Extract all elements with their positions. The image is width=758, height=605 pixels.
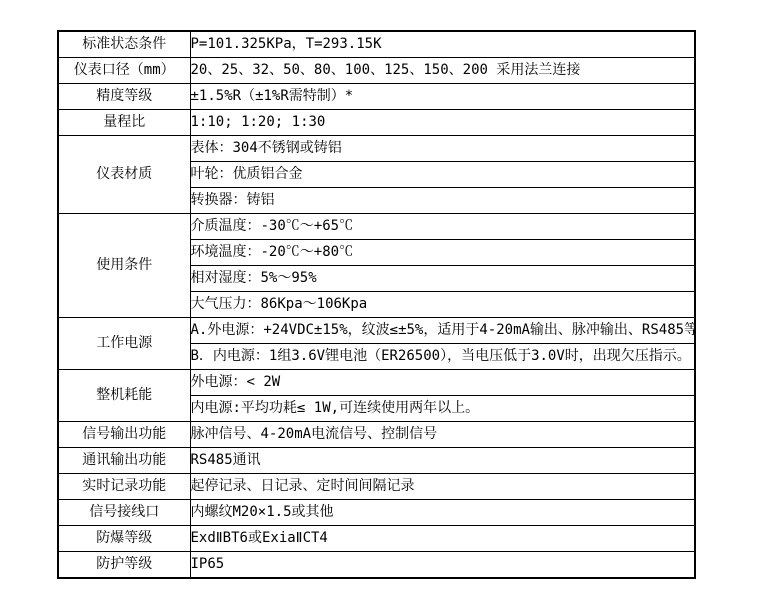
row-label-signal-connection-port: 信号接线口	[58, 500, 190, 526]
table-row: 精度等级 ±1.5%R（±1%R需特制）*	[58, 84, 695, 110]
row-value-medium-temperature: 介质温度：-30℃～+65℃	[190, 214, 695, 240]
row-value-meter-material-impeller: 叶轮：优质铝合金	[190, 162, 695, 188]
row-label-realtime-record: 实时记录功能	[58, 474, 190, 500]
row-value-internal-power: B．内电源：1组3.6V锂电池（ER26500），当电压低于3.0V时，出现欠压…	[190, 344, 695, 370]
row-value-external-consumption: 外电源：< 2W	[190, 370, 695, 396]
row-label-signal-output: 信号输出功能	[58, 422, 190, 448]
row-value-explosion-proof-rating: ExdⅡBT6或ExiaⅡCT4	[190, 526, 695, 552]
table-row: 信号输出功能 脉冲信号、4-20mA电流信号、控制信号	[58, 422, 695, 448]
row-label-communication-output: 通讯输出功能	[58, 448, 190, 474]
row-value-standard-state-conditions: P=101.325KPa，T=293.15K	[190, 31, 695, 58]
row-value-meter-material-body: 表体：304不锈钢或铸铝	[190, 136, 695, 162]
row-value-protection-rating: IP65	[190, 552, 695, 579]
table-row: 仪表材质 表体：304不锈钢或铸铝	[58, 136, 695, 162]
table-row: 防护等级 IP65	[58, 552, 695, 579]
row-value-ambient-temperature: 环境温度：-20℃～+80℃	[190, 240, 695, 266]
table-row: 防爆等级 ExdⅡBT6或ExiaⅡCT4	[58, 526, 695, 552]
row-label-power-consumption: 整机耗能	[58, 370, 190, 422]
row-value-external-power: A.外电源：+24VDC±15%，纹波≤±5%，适用于4-20mA输出、脉冲输出…	[190, 318, 695, 344]
row-value-atmospheric-pressure: 大气压力：86Kpa～106Kpa	[190, 292, 695, 318]
row-label-standard-state-conditions: 标准状态条件	[58, 31, 190, 58]
row-label-working-power: 工作电源	[58, 318, 190, 370]
row-label-turndown-ratio: 量程比	[58, 110, 190, 136]
row-label-operating-conditions: 使用条件	[58, 214, 190, 318]
row-label-accuracy-class: 精度等级	[58, 84, 190, 110]
table-row: 标准状态条件 P=101.325KPa，T=293.15K	[58, 31, 695, 58]
spec-sheet-page: 标准状态条件 P=101.325KPa，T=293.15K 仪表口径（mm） 2…	[0, 0, 758, 605]
row-label-explosion-proof-rating: 防爆等级	[58, 526, 190, 552]
row-value-signal-output: 脉冲信号、4-20mA电流信号、控制信号	[190, 422, 695, 448]
row-value-relative-humidity: 相对湿度：5%～95%	[190, 266, 695, 292]
table-row: 工作电源 A.外电源：+24VDC±15%，纹波≤±5%，适用于4-20mA输出…	[58, 318, 695, 344]
row-value-turndown-ratio: 1:10; 1:20; 1:30	[190, 110, 695, 136]
row-label-meter-diameter: 仪表口径（mm）	[58, 58, 190, 84]
table-row: 信号接线口 内螺纹M20×1.5或其他	[58, 500, 695, 526]
row-value-communication-output: RS485通讯	[190, 448, 695, 474]
table-row: 通讯输出功能 RS485通讯	[58, 448, 695, 474]
table-row: 量程比 1:10; 1:20; 1:30	[58, 110, 695, 136]
row-value-accuracy-class: ±1.5%R（±1%R需特制）*	[190, 84, 695, 110]
table-row: 整机耗能 外电源：< 2W	[58, 370, 695, 396]
row-value-internal-consumption: 内电源:平均功耗≤ 1W,可连续使用两年以上。	[190, 396, 695, 422]
row-value-realtime-record: 起停记录、日记录、定时间间隔记录	[190, 474, 695, 500]
row-value-meter-diameter: 20、25、32、50、80、100、125、150、200 采用法兰连接	[190, 58, 695, 84]
table-row: 仪表口径（mm） 20、25、32、50、80、100、125、150、200 …	[58, 58, 695, 84]
spec-table: 标准状态条件 P=101.325KPa，T=293.15K 仪表口径（mm） 2…	[57, 30, 696, 579]
row-label-meter-material: 仪表材质	[58, 136, 190, 214]
row-label-protection-rating: 防护等级	[58, 552, 190, 579]
row-value-meter-material-converter: 转换器：铸铝	[190, 188, 695, 214]
table-row: 实时记录功能 起停记录、日记录、定时间间隔记录	[58, 474, 695, 500]
row-value-signal-connection-port: 内螺纹M20×1.5或其他	[190, 500, 695, 526]
table-row: 使用条件 介质温度：-30℃～+65℃	[58, 214, 695, 240]
